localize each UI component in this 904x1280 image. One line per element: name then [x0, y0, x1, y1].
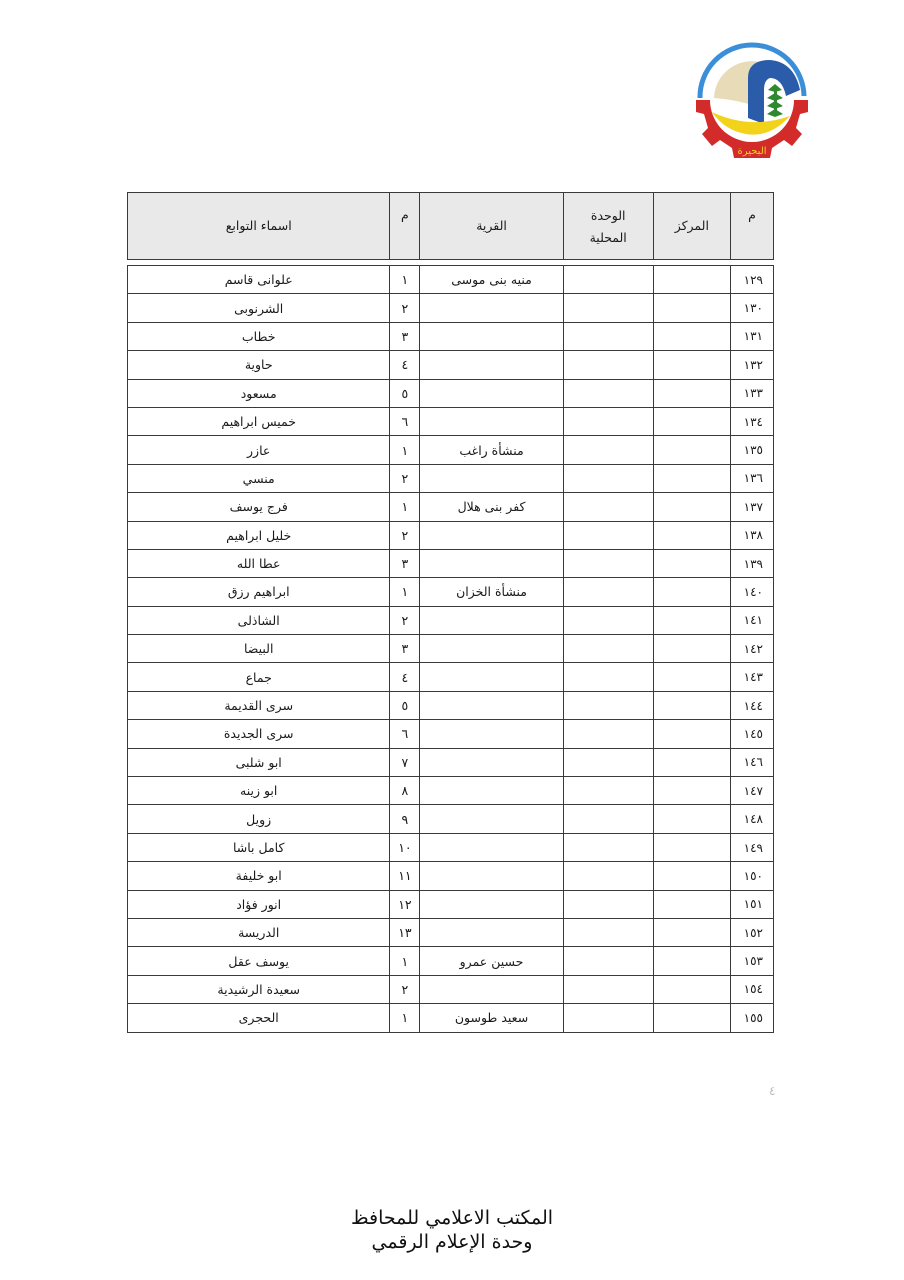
cell-subsidiary-name: ابراهيم رزق: [128, 578, 390, 606]
cell-serial-number: ١٤٨: [730, 805, 773, 833]
cell-subsidiary-name: كامل باشا: [128, 833, 390, 861]
cell-serial-number: ١٤٢: [730, 635, 773, 663]
footer: المكتب الاعلامي للمحافظ وحدة الإعلام الر…: [0, 1206, 904, 1254]
table-row: ابراهيم رزق١منشأة الخزان١٤٠: [128, 578, 774, 606]
cell-subsidiary-name: سرى الجديدة: [128, 720, 390, 748]
cell-local-unit: [563, 918, 653, 946]
table-row: جماع٤١٤٣: [128, 663, 774, 691]
cell-subsidiary-name: الدريسة: [128, 918, 390, 946]
cell-center: [653, 578, 730, 606]
cell-subsidiary-name: ابو زينه: [128, 777, 390, 805]
header-center: المركز: [653, 193, 730, 260]
table-row: ابو خليفة١١١٥٠: [128, 862, 774, 890]
cell-serial-number: ١٣٩: [730, 549, 773, 577]
cell-center: [653, 464, 730, 492]
cell-subsidiary-name: منسي: [128, 464, 390, 492]
cell-serial-number: ١٥٤: [730, 975, 773, 1003]
cell-serial-number: ١٣٨: [730, 521, 773, 549]
header-village: القرية: [420, 193, 563, 260]
cell-subsidiary-name: عطا الله: [128, 549, 390, 577]
cell-subsidiary-name: انور فؤاد: [128, 890, 390, 918]
table-row: يوسف عقل١حسين عمرو١٥٣: [128, 947, 774, 975]
cell-village: [420, 379, 563, 407]
cell-center: [653, 407, 730, 435]
cell-sub-number: ٦: [390, 407, 420, 435]
cell-subsidiary-name: حاوية: [128, 351, 390, 379]
cell-village: [420, 407, 563, 435]
cell-serial-number: ١٥٣: [730, 947, 773, 975]
cell-serial-number: ١٥٥: [730, 1004, 773, 1032]
page-number: ٤: [769, 1084, 775, 1098]
cell-sub-number: ٢: [390, 606, 420, 634]
cell-center: [653, 833, 730, 861]
cell-serial-number: ١٤٠: [730, 578, 773, 606]
cell-center: [653, 606, 730, 634]
cell-subsidiary-name: مسعود: [128, 379, 390, 407]
cell-sub-number: ١: [390, 947, 420, 975]
cell-center: [653, 635, 730, 663]
cell-center: [653, 720, 730, 748]
cell-village: [420, 748, 563, 776]
cell-serial-number: ١٤٩: [730, 833, 773, 861]
cell-center: [653, 663, 730, 691]
header-sub-number: م: [390, 193, 420, 260]
cell-sub-number: ١: [390, 436, 420, 464]
cell-local-unit: [563, 1004, 653, 1032]
cell-local-unit: [563, 635, 653, 663]
cell-local-unit: [563, 862, 653, 890]
cell-center: [653, 805, 730, 833]
cell-local-unit: [563, 549, 653, 577]
cell-center: [653, 777, 730, 805]
cell-local-unit: [563, 379, 653, 407]
cell-subsidiary-name: فرج يوسف: [128, 493, 390, 521]
table-row: حاوية٤١٣٢: [128, 351, 774, 379]
cell-serial-number: ١٤١: [730, 606, 773, 634]
cell-village: [420, 777, 563, 805]
cell-center: [653, 975, 730, 1003]
cell-subsidiary-name: خطاب: [128, 322, 390, 350]
cell-serial-number: ١٢٩: [730, 266, 773, 294]
cell-center: [653, 748, 730, 776]
cell-local-unit: [563, 833, 653, 861]
cell-sub-number: ١٣: [390, 918, 420, 946]
cell-subsidiary-name: سرى القديمة: [128, 691, 390, 719]
cell-subsidiary-name: عازر: [128, 436, 390, 464]
cell-sub-number: ٢: [390, 464, 420, 492]
table-row: ابو زينه٨١٤٧: [128, 777, 774, 805]
villages-table: اسماء التوابع م القرية الوحدةالمحلية الم…: [127, 192, 774, 1033]
cell-village: حسين عمرو: [420, 947, 563, 975]
cell-center: [653, 521, 730, 549]
table-header-row: اسماء التوابع م القرية الوحدةالمحلية الم…: [128, 193, 774, 260]
header-local-unit: الوحدةالمحلية: [563, 193, 653, 260]
cell-sub-number: ١: [390, 1004, 420, 1032]
cell-village: [420, 464, 563, 492]
cell-village: [420, 862, 563, 890]
cell-center: [653, 947, 730, 975]
cell-center: [653, 294, 730, 322]
cell-serial-number: ١٤٤: [730, 691, 773, 719]
cell-subsidiary-name: الشاذلى: [128, 606, 390, 634]
table-row: خليل ابراهيم٢١٣٨: [128, 521, 774, 549]
cell-sub-number: ٦: [390, 720, 420, 748]
cell-local-unit: [563, 578, 653, 606]
cell-sub-number: ١: [390, 578, 420, 606]
table-row: الحجرى١سعيد طوسون١٥٥: [128, 1004, 774, 1032]
cell-village: [420, 635, 563, 663]
cell-serial-number: ١٥٢: [730, 918, 773, 946]
cell-local-unit: [563, 436, 653, 464]
cell-subsidiary-name: الحجرى: [128, 1004, 390, 1032]
cell-local-unit: [563, 975, 653, 1003]
table-row: الدريسة١٣١٥٢: [128, 918, 774, 946]
cell-center: [653, 691, 730, 719]
cell-village: كفر بنى هلال: [420, 493, 563, 521]
cell-serial-number: ١٥٠: [730, 862, 773, 890]
cell-village: [420, 833, 563, 861]
cell-center: [653, 918, 730, 946]
cell-serial-number: ١٣٧: [730, 493, 773, 521]
cell-sub-number: ٥: [390, 691, 420, 719]
cell-village: [420, 720, 563, 748]
cell-subsidiary-name: ابو شلبى: [128, 748, 390, 776]
header-subsidiary-names: اسماء التوابع: [128, 193, 390, 260]
cell-village: [420, 294, 563, 322]
table-row: سرى الجديدة٦١٤٥: [128, 720, 774, 748]
cell-village: [420, 663, 563, 691]
cell-sub-number: ٢: [390, 521, 420, 549]
cell-village: [420, 351, 563, 379]
cell-sub-number: ١٠: [390, 833, 420, 861]
cell-local-unit: [563, 890, 653, 918]
table-row: مسعود٥١٣٣: [128, 379, 774, 407]
cell-sub-number: ١٢: [390, 890, 420, 918]
cell-village: [420, 322, 563, 350]
cell-local-unit: [563, 748, 653, 776]
cell-local-unit: [563, 351, 653, 379]
header-serial-number: م: [730, 193, 773, 260]
cell-village: [420, 890, 563, 918]
cell-local-unit: [563, 407, 653, 435]
cell-sub-number: ٢: [390, 975, 420, 1003]
cell-subsidiary-name: خليل ابراهيم: [128, 521, 390, 549]
table-row: انور فؤاد١٢١٥١: [128, 890, 774, 918]
cell-sub-number: ٧: [390, 748, 420, 776]
cell-local-unit: [563, 606, 653, 634]
footer-line-media-office: المكتب الاعلامي للمحافظ: [0, 1206, 904, 1230]
logo-caption: البحيرة: [737, 146, 766, 157]
cell-center: [653, 436, 730, 464]
cell-local-unit: [563, 322, 653, 350]
cell-village: [420, 805, 563, 833]
cell-local-unit: [563, 805, 653, 833]
cell-local-unit: [563, 720, 653, 748]
cell-sub-number: ٣: [390, 635, 420, 663]
cell-subsidiary-name: البيضا: [128, 635, 390, 663]
footer-line-digital-media-unit: وحدة الإعلام الرقمي: [0, 1230, 904, 1254]
cell-local-unit: [563, 691, 653, 719]
cell-sub-number: ٩: [390, 805, 420, 833]
table-row: عطا الله٣١٣٩: [128, 549, 774, 577]
cell-serial-number: ١٥١: [730, 890, 773, 918]
header-local-unit-line2: المحلية: [564, 227, 653, 249]
table-row: سعيدة الرشيدية٢١٥٤: [128, 975, 774, 1003]
cell-center: [653, 1004, 730, 1032]
cell-village: منيه بنى موسى: [420, 266, 563, 294]
cell-subsidiary-name: جماع: [128, 663, 390, 691]
table-row: زويل٩١٤٨: [128, 805, 774, 833]
cell-subsidiary-name: علوانى قاسم: [128, 266, 390, 294]
cell-subsidiary-name: يوسف عقل: [128, 947, 390, 975]
cell-serial-number: ١٤٣: [730, 663, 773, 691]
cell-center: [653, 493, 730, 521]
cell-sub-number: ٤: [390, 663, 420, 691]
cell-center: [653, 351, 730, 379]
cell-sub-number: ٨: [390, 777, 420, 805]
cell-serial-number: ١٣٢: [730, 351, 773, 379]
table-row: الشرنوبى٢١٣٠: [128, 294, 774, 322]
cell-sub-number: ٢: [390, 294, 420, 322]
table-row: الشاذلى٢١٤١: [128, 606, 774, 634]
cell-local-unit: [563, 294, 653, 322]
table-row: فرج يوسف١كفر بنى هلال١٣٧: [128, 493, 774, 521]
table-row: البيضا٣١٤٢: [128, 635, 774, 663]
table-row: سرى القديمة٥١٤٤: [128, 691, 774, 719]
cell-local-unit: [563, 521, 653, 549]
beheira-emblem-icon: البحيرة: [690, 38, 814, 162]
cell-serial-number: ١٤٦: [730, 748, 773, 776]
cell-village: [420, 975, 563, 1003]
cell-village: [420, 918, 563, 946]
cell-center: [653, 379, 730, 407]
cell-subsidiary-name: سعيدة الرشيدية: [128, 975, 390, 1003]
cell-local-unit: [563, 493, 653, 521]
cell-center: [653, 549, 730, 577]
cell-sub-number: ١١: [390, 862, 420, 890]
cell-serial-number: ١٤٧: [730, 777, 773, 805]
table-body: علوانى قاسم١منيه بنى موسى١٢٩الشرنوبى٢١٣٠…: [128, 266, 774, 1033]
cell-village: [420, 606, 563, 634]
cell-serial-number: ١٣٣: [730, 379, 773, 407]
cell-center: [653, 266, 730, 294]
cell-village: سعيد طوسون: [420, 1004, 563, 1032]
cell-subsidiary-name: ابو خليفة: [128, 862, 390, 890]
governorate-logo: البحيرة: [690, 38, 814, 162]
cell-village: [420, 521, 563, 549]
table-row: عازر١منشأة راغب١٣٥: [128, 436, 774, 464]
cell-sub-number: ١: [390, 266, 420, 294]
table-row: خطاب٣١٣١: [128, 322, 774, 350]
table-row: كامل باشا١٠١٤٩: [128, 833, 774, 861]
cell-local-unit: [563, 464, 653, 492]
table-row: خميس ابراهيم٦١٣٤: [128, 407, 774, 435]
cell-center: [653, 322, 730, 350]
cell-serial-number: ١٣٤: [730, 407, 773, 435]
cell-village: منشأة راغب: [420, 436, 563, 464]
cell-local-unit: [563, 266, 653, 294]
cell-sub-number: ٤: [390, 351, 420, 379]
cell-local-unit: [563, 777, 653, 805]
cell-sub-number: ٥: [390, 379, 420, 407]
cell-sub-number: ٣: [390, 549, 420, 577]
table-row: علوانى قاسم١منيه بنى موسى١٢٩: [128, 266, 774, 294]
cell-village: [420, 691, 563, 719]
table-row: منسي٢١٣٦: [128, 464, 774, 492]
cell-sub-number: ٣: [390, 322, 420, 350]
cell-center: [653, 862, 730, 890]
cell-subsidiary-name: الشرنوبى: [128, 294, 390, 322]
cell-serial-number: ١٣٠: [730, 294, 773, 322]
cell-local-unit: [563, 947, 653, 975]
table-row: ابو شلبى٧١٤٦: [128, 748, 774, 776]
cell-subsidiary-name: زويل: [128, 805, 390, 833]
cell-serial-number: ١٣٥: [730, 436, 773, 464]
cell-center: [653, 890, 730, 918]
cell-serial-number: ١٣٦: [730, 464, 773, 492]
cell-sub-number: ١: [390, 493, 420, 521]
cell-serial-number: ١٤٥: [730, 720, 773, 748]
cell-village: منشأة الخزان: [420, 578, 563, 606]
cell-serial-number: ١٣١: [730, 322, 773, 350]
header-local-unit-line1: الوحدة: [564, 205, 653, 227]
cell-village: [420, 549, 563, 577]
cell-local-unit: [563, 663, 653, 691]
cell-subsidiary-name: خميس ابراهيم: [128, 407, 390, 435]
